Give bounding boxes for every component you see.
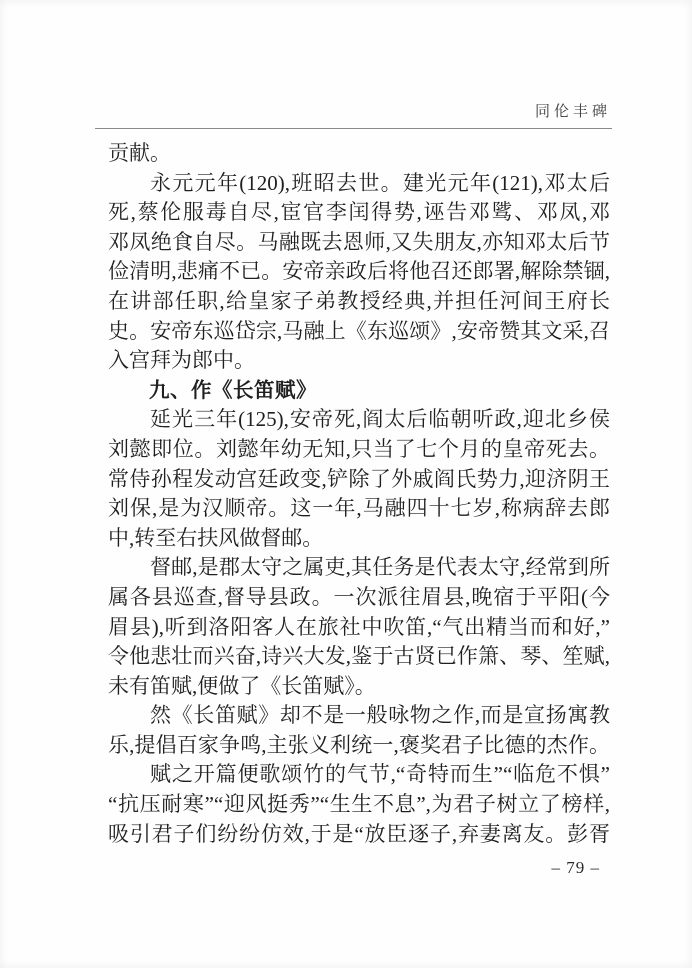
- header-rule: [95, 128, 612, 129]
- section-heading: 九、作《长笛赋》: [108, 376, 610, 406]
- text-line: 未有笛赋,便做了《长笛赋》。: [108, 672, 610, 702]
- text-line: 在讲部任职,给皇家子弟教授经典,并担任河间王府长: [108, 287, 610, 317]
- text-line: 史。安帝东巡岱宗,马融上《东巡颂》,安帝赞其文采,召他: [108, 317, 610, 347]
- text-line: 俭清明,悲痛不已。安帝亲政后将他召还郎署,解除禁锢,: [108, 257, 610, 287]
- text-line: 永元元年(120),班昭去世。建光元年(121),邓太后: [108, 169, 610, 199]
- text-line: 死,蔡伦服毒自尽,宦官李闰得势,诬告邓骘、邓凤,邓骘、: [108, 198, 610, 228]
- running-header-title: 同伦丰碑: [535, 104, 611, 120]
- text-line: 督邮,是郡太守之属吏,其任务是代表太守,经常到所: [108, 553, 610, 583]
- text-body: 贡献。永元元年(120),班昭去世。建光元年(121),邓太后死,蔡伦服毒自尽,…: [108, 139, 610, 849]
- text-line: 常侍孙程发动宫廷政变,铲除了外戚阎氏势力,迎济阴王: [108, 465, 610, 495]
- page-header: 同伦丰碑: [95, 100, 611, 121]
- page-number: – 79 –: [552, 858, 601, 877]
- text-line: 中,转至右扶风做督邮。: [108, 524, 610, 554]
- text-line: 眉县),听到洛阳客人在旅社中吹笛,“气出精当而和好,”: [108, 613, 610, 643]
- text-line: 然《长笛赋》却不是一般咏物之作,而是宣扬寓教于: [108, 701, 610, 731]
- text-line: “抗压耐寒”“迎风挺秀”“生生不息”,为君子树立了榜样,: [108, 790, 610, 820]
- text-line: 赋之开篇便歌颂竹的气节,“奇特而生”“临危不惧”: [108, 760, 610, 790]
- text-line: 刘懿即位。刘懿年幼无知,只当了七个月的皇帝死去。中: [108, 435, 610, 465]
- text-line: 属各县巡查,督导县政。一次派往眉县,晚宿于平阳(今: [108, 583, 610, 613]
- text-line: 贡献。: [108, 139, 610, 169]
- text-line: 吸引君子们纷纷仿效,于是“放臣逐子,弃妻离友。彭胥伯: [108, 820, 610, 850]
- book-page: 同伦丰碑 贡献。永元元年(120),班昭去世。建光元年(121),邓太后死,蔡伦…: [0, 0, 692, 968]
- text-line: 延光三年(125),安帝死,阎太后临朝听政,迎北乡侯: [108, 405, 610, 435]
- text-line: 令他悲壮而兴奋,诗兴大发,鉴于古贤已作箫、琴、笙赋,惟: [108, 642, 610, 672]
- text-line: 邓凤绝食自尽。马融既去恩师,又失朋友,亦知邓太后节: [108, 228, 610, 258]
- text-line: 入宫拜为郎中。: [108, 346, 610, 376]
- page-footer: – 79 –: [552, 858, 601, 878]
- text-line: 乐,提倡百家争鸣,主张义利统一,褒奖君子比德的杰作。: [108, 731, 610, 761]
- text-line: 刘保,是为汉顺帝。这一年,马融四十七岁,称病辞去郎: [108, 494, 610, 524]
